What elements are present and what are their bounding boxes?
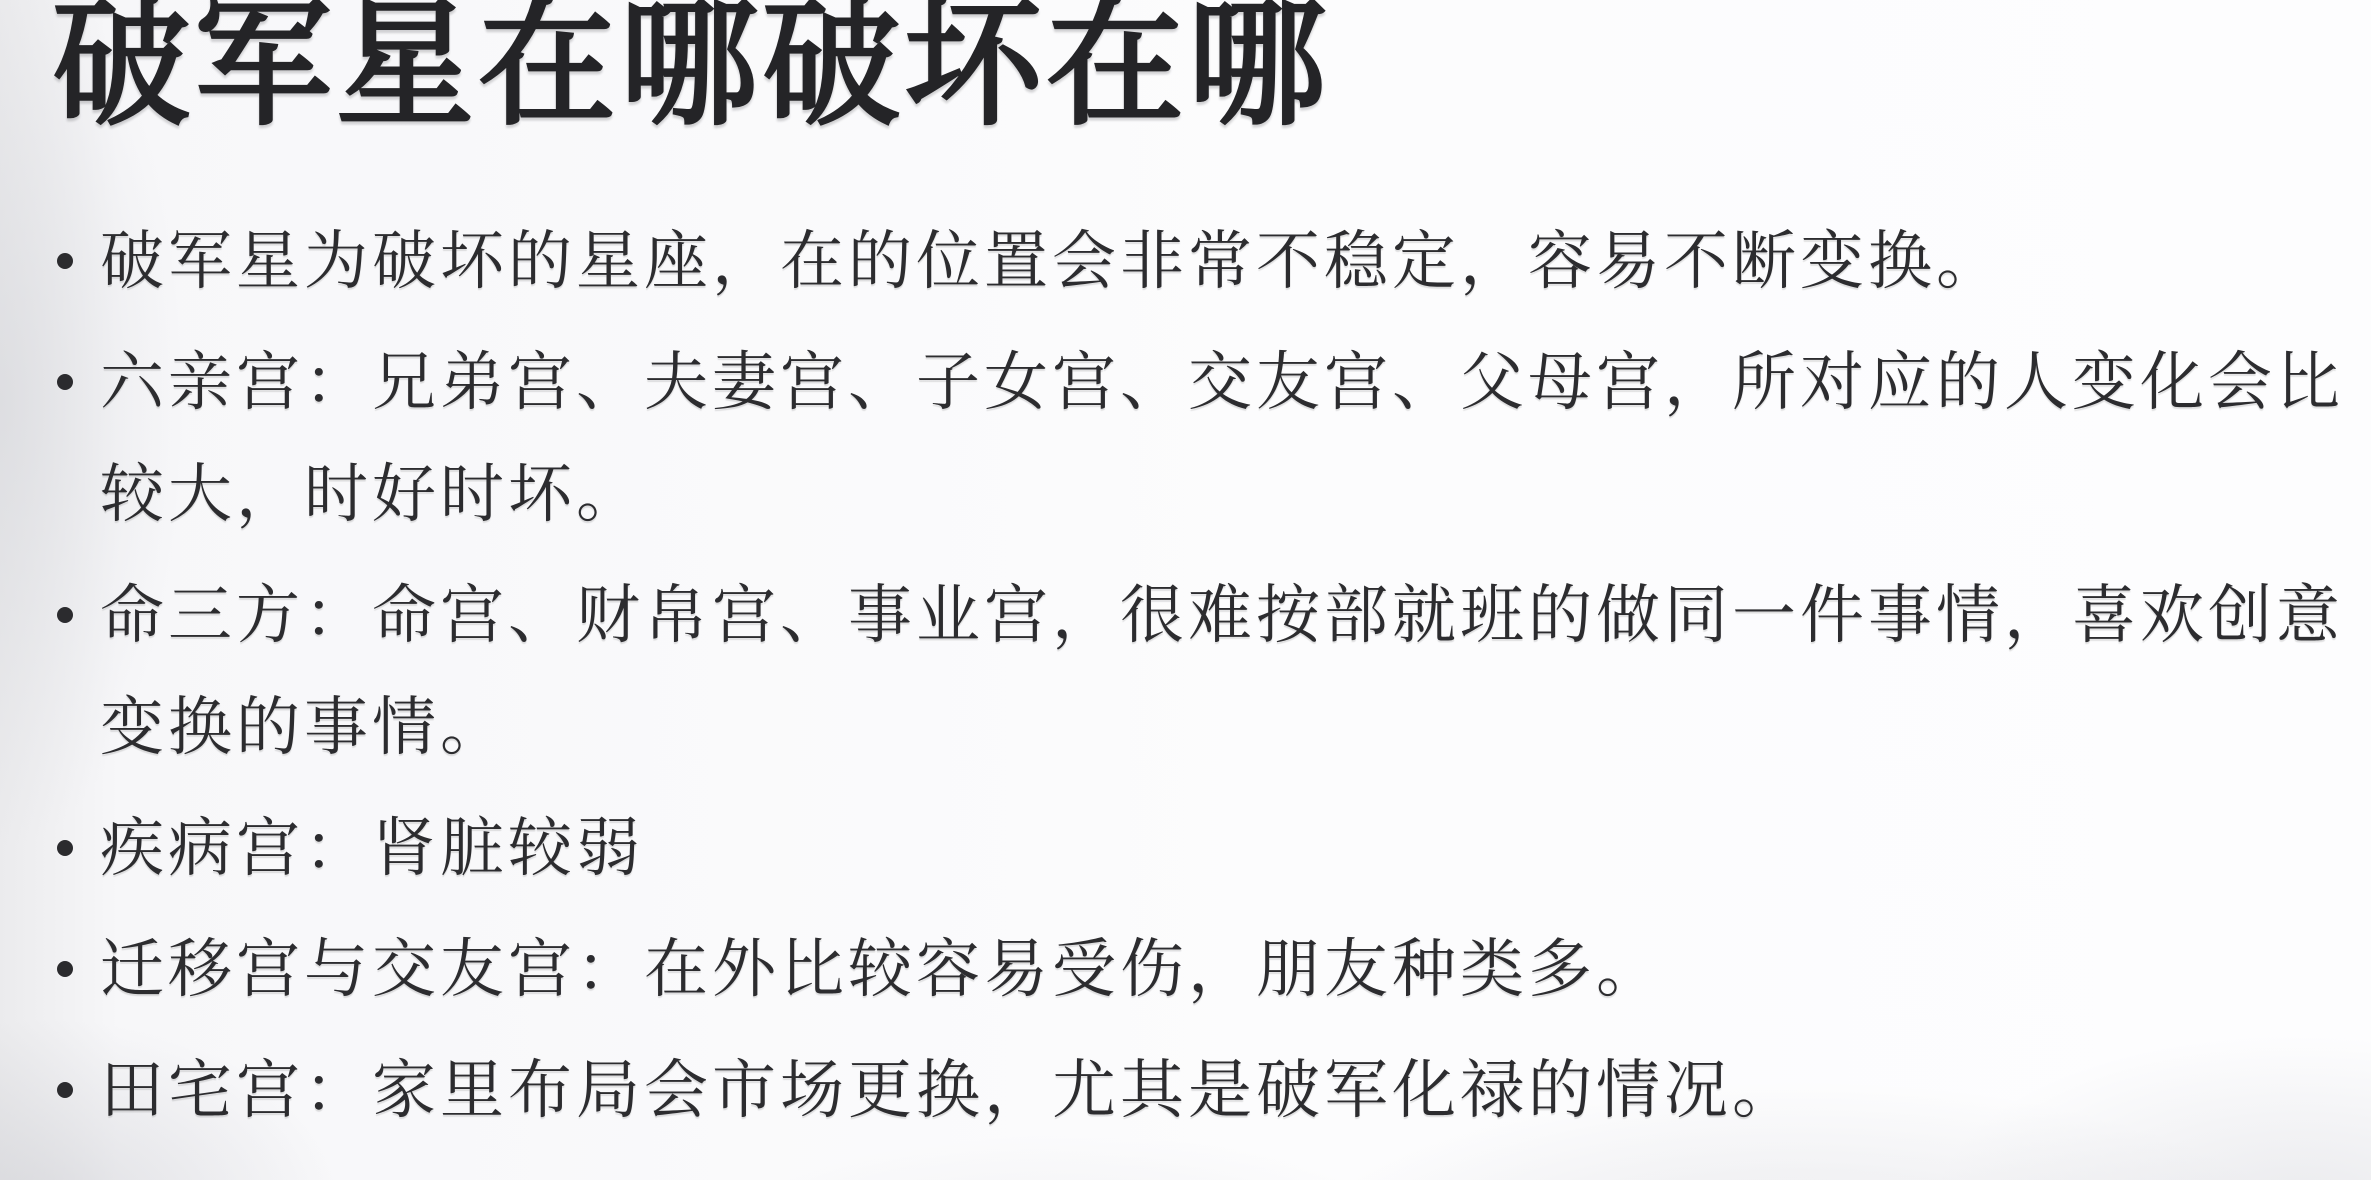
bullet-text: 命三方：命宫、财帛宫、事业宫，很难按部就班的做同一件事情，喜欢创意变换的事情。: [100, 579, 2344, 763]
bullet-dot: [57, 253, 73, 269]
bullet-item: 命三方：命宫、财帛宫、事业宫，很难按部就班的做同一件事情，喜欢创意变换的事情。: [55, 559, 2353, 783]
bullet-dot: [57, 840, 73, 856]
bullet-item: 六亲宫：兄弟宫、夫妻宫、子女宫、交友宫、父母宫，所对应的人变化会比较大，时好时坏…: [55, 326, 2353, 550]
bullet-list: 破军星为破坏的星座，在的位置会非常不稳定，容易不断变换。 六亲宫：兄弟宫、夫妻宫…: [55, 205, 2353, 1155]
bullet-text: 疾病宫：肾脏较弱: [100, 812, 644, 884]
bullet-text: 迁移宫与交友宫：在外比较容易受伤，朋友种类多。: [100, 933, 1664, 1005]
bullet-item: 疾病宫：肾脏较弱: [55, 792, 2353, 904]
slide: 破军星在哪破坏在哪 破军星为破坏的星座，在的位置会非常不稳定，容易不断变换。 六…: [0, 0, 2371, 1180]
bullet-item: 田宅宫：家里布局会市场更换，尤其是破军化禄的情况。: [55, 1034, 2353, 1146]
page-title: 破军星在哪破坏在哪: [52, 0, 1330, 143]
bullet-dot: [57, 607, 73, 623]
bullet-text: 六亲宫：兄弟宫、夫妻宫、子女宫、交友宫、父母宫，所对应的人变化会比较大，时好时坏…: [100, 346, 2344, 530]
bullet-item: 破军星为破坏的星座，在的位置会非常不稳定，容易不断变换。: [55, 205, 2353, 317]
bullet-dot: [57, 374, 73, 390]
bullet-item: 迁移宫与交友宫：在外比较容易受伤，朋友种类多。: [55, 913, 2353, 1025]
bullet-dot: [57, 1082, 73, 1098]
bullet-text: 破军星为破坏的星座，在的位置会非常不稳定，容易不断变换。: [100, 225, 2004, 297]
bullet-dot: [57, 961, 73, 977]
bullet-text: 田宅宫：家里布局会市场更换，尤其是破军化禄的情况。: [100, 1054, 1800, 1126]
